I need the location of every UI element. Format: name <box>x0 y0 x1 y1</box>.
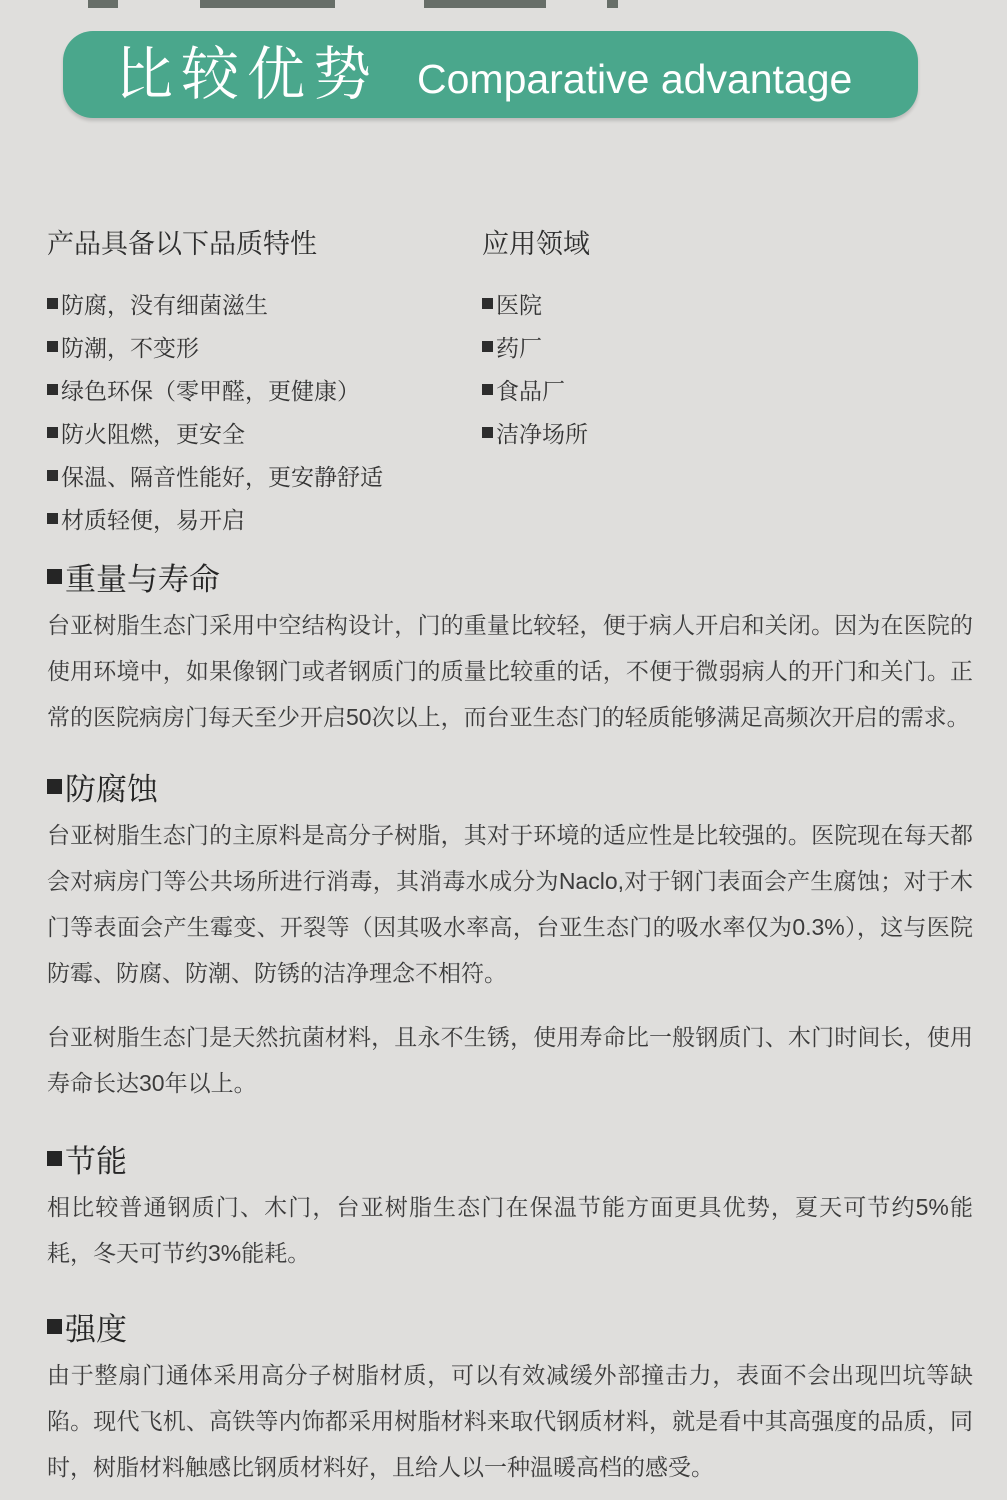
bullet-square-icon <box>47 1151 62 1166</box>
banner-title-en: Comparative advantage <box>417 59 852 100</box>
top-edge-fragment <box>424 0 546 8</box>
section-heading-label: 节能 <box>65 1136 127 1181</box>
bullet-square-icon <box>47 470 58 481</box>
list-item: 药厂 <box>482 325 590 368</box>
list-item: 防腐，没有细菌滋生 <box>47 282 383 325</box>
section-heading-label: 防腐蚀 <box>65 764 158 809</box>
list-item: 材质轻便，易开启 <box>47 497 383 540</box>
bullet-square-icon <box>47 513 58 524</box>
top-edge-fragment <box>200 0 335 8</box>
quality-features-list: 产品具备以下品质特性 防腐，没有细菌滋生 防潮，不变形 绿色环保（零甲醛，更健康… <box>47 222 383 540</box>
bullet-square-icon <box>47 779 62 794</box>
section-paragraph: 相比较普通钢质门、木门，台亚树脂生态门在保温节能方面更具优势，夏天可节约5%能耗… <box>47 1184 973 1276</box>
list-item: 绿色环保（零甲醛，更健康） <box>47 368 383 411</box>
bullet-square-icon <box>482 384 493 395</box>
list-item: 保温、隔音性能好，更安静舒适 <box>47 454 383 497</box>
list-item: 洁净场所 <box>482 411 590 454</box>
applications-heading: 应用领域 <box>482 222 590 261</box>
section-heading: 强度 <box>47 1306 973 1346</box>
section-heading: 节能 <box>47 1138 973 1178</box>
section-energy-saving: 节能 相比较普通钢质门、木门，台亚树脂生态门在保温节能方面更具优势，夏天可节约5… <box>47 1138 973 1276</box>
list-item-label: 药厂 <box>496 330 542 363</box>
section-heading-label: 重量与寿命 <box>65 554 220 599</box>
section-title-banner: 比较优势 Comparative advantage <box>63 31 918 118</box>
section-paragraph: 由于整扇门通体采用高分子树脂材质，可以有效减缓外部撞击力，表面不会出现凹坑等缺陷… <box>47 1352 973 1490</box>
section-heading: 防腐蚀 <box>47 766 973 806</box>
bullet-square-icon <box>482 427 493 438</box>
product-advantage-page: 比较优势 Comparative advantage 产品具备以下品质特性 防腐… <box>0 0 1007 1500</box>
bullet-square-icon <box>482 341 493 352</box>
list-item-label: 医院 <box>496 287 542 320</box>
section-paragraph: 台亚树脂生态门采用中空结构设计，门的重量比较轻，便于病人开启和关闭。因为在医院的… <box>47 602 973 740</box>
list-item-label: 保温、隔音性能好，更安静舒适 <box>61 459 383 492</box>
list-item: 防潮，不变形 <box>47 325 383 368</box>
application-areas-list: 应用领域 医院 药厂 食品厂 洁净场所 <box>482 222 590 454</box>
section-heading: 重量与寿命 <box>47 556 973 596</box>
list-item-label: 防火阻燃，更安全 <box>61 416 245 449</box>
list-item-label: 绿色环保（零甲醛，更健康） <box>61 373 360 406</box>
bullet-square-icon <box>47 427 58 438</box>
list-item-label: 食品厂 <box>496 373 565 406</box>
section-anti-corrosion-continued: 台亚树脂生态门是天然抗菌材料，且永不生锈，使用寿命比一般钢质门、木门时间长，使用… <box>47 1014 973 1106</box>
bullet-square-icon <box>47 569 62 584</box>
bullet-square-icon <box>47 298 58 309</box>
list-item: 食品厂 <box>482 368 590 411</box>
top-edge-fragment <box>607 0 618 8</box>
bullet-square-icon <box>482 298 493 309</box>
list-item-label: 洁净场所 <box>496 416 588 449</box>
section-anti-corrosion: 防腐蚀 台亚树脂生态门的主原料是高分子树脂，其对于环境的适应性是比较强的。医院现… <box>47 766 973 996</box>
list-item: 医院 <box>482 282 590 325</box>
section-strength: 强度 由于整扇门通体采用高分子树脂材质，可以有效减缓外部撞击力，表面不会出现凹坑… <box>47 1306 973 1490</box>
features-heading: 产品具备以下品质特性 <box>47 222 383 261</box>
list-item-label: 材质轻便，易开启 <box>61 502 245 535</box>
list-item: 防火阻燃，更安全 <box>47 411 383 454</box>
bullet-square-icon <box>47 341 58 352</box>
list-item-label: 防潮，不变形 <box>61 330 199 363</box>
list-item-label: 防腐，没有细菌滋生 <box>61 287 268 320</box>
section-paragraph: 台亚树脂生态门是天然抗菌材料，且永不生锈，使用寿命比一般钢质门、木门时间长，使用… <box>47 1014 973 1106</box>
bullet-square-icon <box>47 1319 62 1334</box>
section-heading-label: 强度 <box>65 1304 127 1349</box>
section-paragraph: 台亚树脂生态门的主原料是高分子树脂，其对于环境的适应性是比较强的。医院现在每天都… <box>47 812 973 996</box>
top-edge-fragment <box>88 0 118 8</box>
bullet-square-icon <box>47 384 58 395</box>
section-weight-and-life: 重量与寿命 台亚树脂生态门采用中空结构设计，门的重量比较轻，便于病人开启和关闭。… <box>47 556 973 740</box>
banner-title-zh: 比较优势 <box>115 46 379 104</box>
